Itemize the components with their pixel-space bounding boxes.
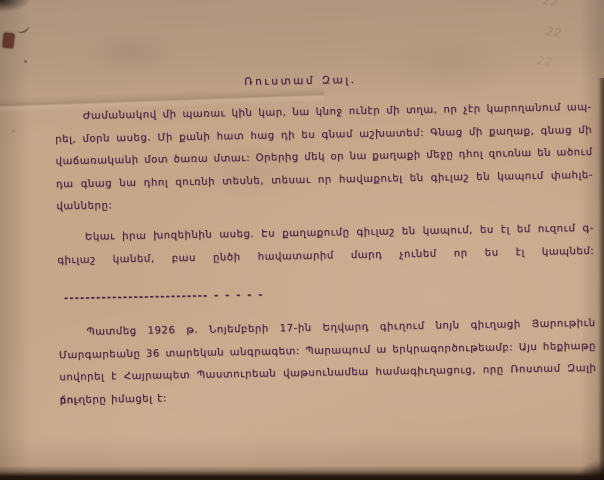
paragraph-2: Եկաւ իրա խոզեինին ասեց. Էս քաղաքումը գիւ… [57, 218, 595, 273]
paper-speck [24, 60, 27, 63]
divider-dashes: --------------------------- - - - - - [64, 290, 264, 304]
photo-edge-right [598, 78, 604, 480]
photo-corner-shadow [578, 460, 604, 480]
paragraph-3: Պատմեց 1926 թ. Նոյեմբերի 17-ին Եղվարդ գի… [58, 313, 596, 413]
photo-edge-bottom [0, 466, 604, 480]
document-title: Ռուստամ Զալ. [244, 74, 356, 88]
paragraph-1: Ժամանակով մի պառաւ կին կար, նա կնոջ ունէ… [55, 97, 594, 219]
photo-corner-shadow [0, 0, 30, 12]
typed-text-block: Ռուստամ Զալ. Ժամանակով մի պառաւ կին կար,… [53, 0, 598, 480]
ink-stain [2, 32, 15, 48]
document-photo: 22 22 22 Ռուստամ Զալ. Ժամանակով մի պառաւ… [0, 0, 604, 480]
paper-speck [12, 130, 15, 133]
pencil-scratch [14, 20, 30, 35]
